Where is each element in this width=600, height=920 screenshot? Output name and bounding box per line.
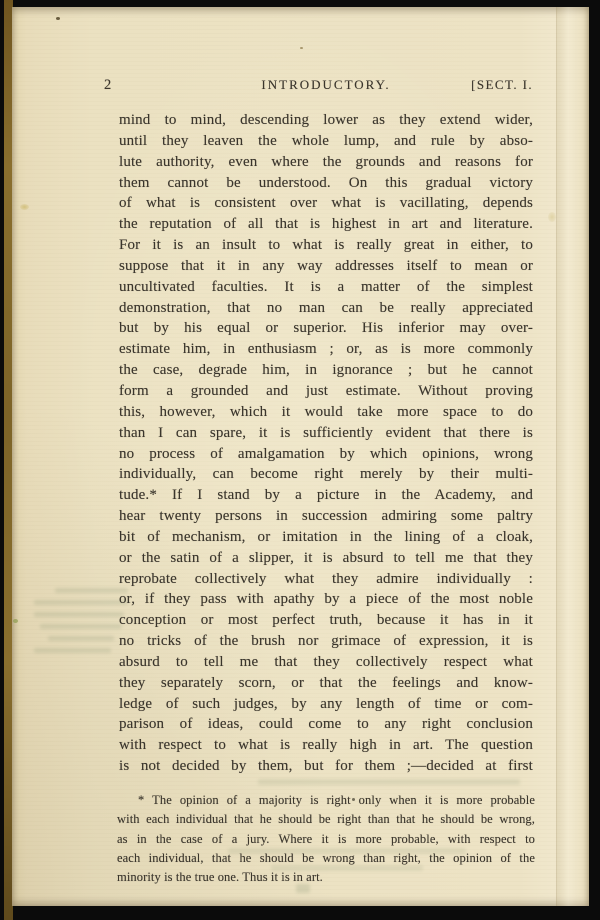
text-line: of what is consistent over what is vacil…: [119, 193, 533, 214]
text-line: with respect to what is really high in a…: [119, 735, 533, 756]
text-line: reprobate collectively what they admire …: [119, 569, 533, 590]
green-speck: [13, 619, 18, 623]
text-line: no tricks of the brush nor grimace of ex…: [119, 631, 533, 652]
text-line: them cannot be understood. On this gradu…: [119, 173, 533, 194]
footnote: * The opinion of a majority is right onl…: [117, 791, 535, 887]
text-line: parison of ideas, could come to any righ…: [119, 714, 533, 735]
text-line: tude.* If I stand by a picture in the Ac…: [119, 485, 533, 506]
page-edge-crease: [556, 7, 589, 906]
text-line: until they leaven the whole lump, and ru…: [119, 131, 533, 152]
text-line: For it is an insult to what is really gr…: [119, 235, 533, 256]
text-line: suppose that it in any way addresses its…: [119, 256, 533, 277]
text-line: absurd to tell me that they collectively…: [119, 652, 533, 673]
text-line: bit of mechanism, or imitation in the li…: [119, 527, 533, 548]
text-line: or the satin of a slipper, it is absurd …: [119, 548, 533, 569]
page-number: 2: [104, 77, 112, 94]
text-line: demonstration, that no man can be really…: [119, 298, 533, 319]
text-line: they separately scorn, or that the feeli…: [119, 673, 533, 694]
footnote-line: each individual, that he should be wrong…: [117, 849, 535, 868]
text-line: form a grounded and just estimate. Witho…: [119, 381, 533, 402]
text-line: uncultivated faculties. It is a matter o…: [119, 277, 533, 298]
text-line: lute authority, even where the grounds a…: [119, 152, 533, 173]
footnote-line: * The opinion of a majority is right onl…: [117, 791, 535, 810]
text-line: this, however, which it would take more …: [119, 402, 533, 423]
text-line: mind to mind, descending lower as they e…: [119, 110, 533, 131]
text-line: hear twenty persons in succession admiri…: [119, 506, 533, 527]
text-line: the reputation of all that is highest in…: [119, 214, 533, 235]
section-label: [SECT. I.: [119, 77, 533, 93]
dust-speck: [300, 47, 303, 49]
scanned-book-photo: { "page": { "header": { "page_number": "…: [0, 0, 600, 920]
paper-stain: [20, 204, 29, 210]
text-line: estimate him, in enthusiasm ; or, as is …: [119, 339, 533, 360]
paper-stain-right: [548, 212, 556, 222]
text-line: but by his equal or superior. His inferi…: [119, 318, 533, 339]
footnote-line: minority is the true one. Thus it is in …: [117, 868, 535, 887]
footnote-line: with each individual that he should be r…: [117, 810, 535, 829]
body-text: mind to mind, descending lower as they e…: [119, 110, 533, 777]
text-line: than I can spare, it is sufficiently evi…: [119, 423, 533, 444]
text-line: conception or most perfect truth, becaus…: [119, 610, 533, 631]
show-through-text-left: [34, 588, 128, 660]
text-line: or, if they pass with apathy by a piece …: [119, 589, 533, 610]
ink-speck: [56, 17, 60, 20]
text-line: no process of amalgamation by which opin…: [119, 444, 533, 465]
text-line: is not decided by them, but for them ;—d…: [119, 756, 533, 777]
text-line: the case, degrade him, in ignorance ; bu…: [119, 360, 533, 381]
text-line: individually, can become right merely by…: [119, 464, 533, 485]
text-line: ledge of such judges, by any length of t…: [119, 694, 533, 715]
footnote-line: as in the case of a jury. Where it is mo…: [117, 830, 535, 849]
